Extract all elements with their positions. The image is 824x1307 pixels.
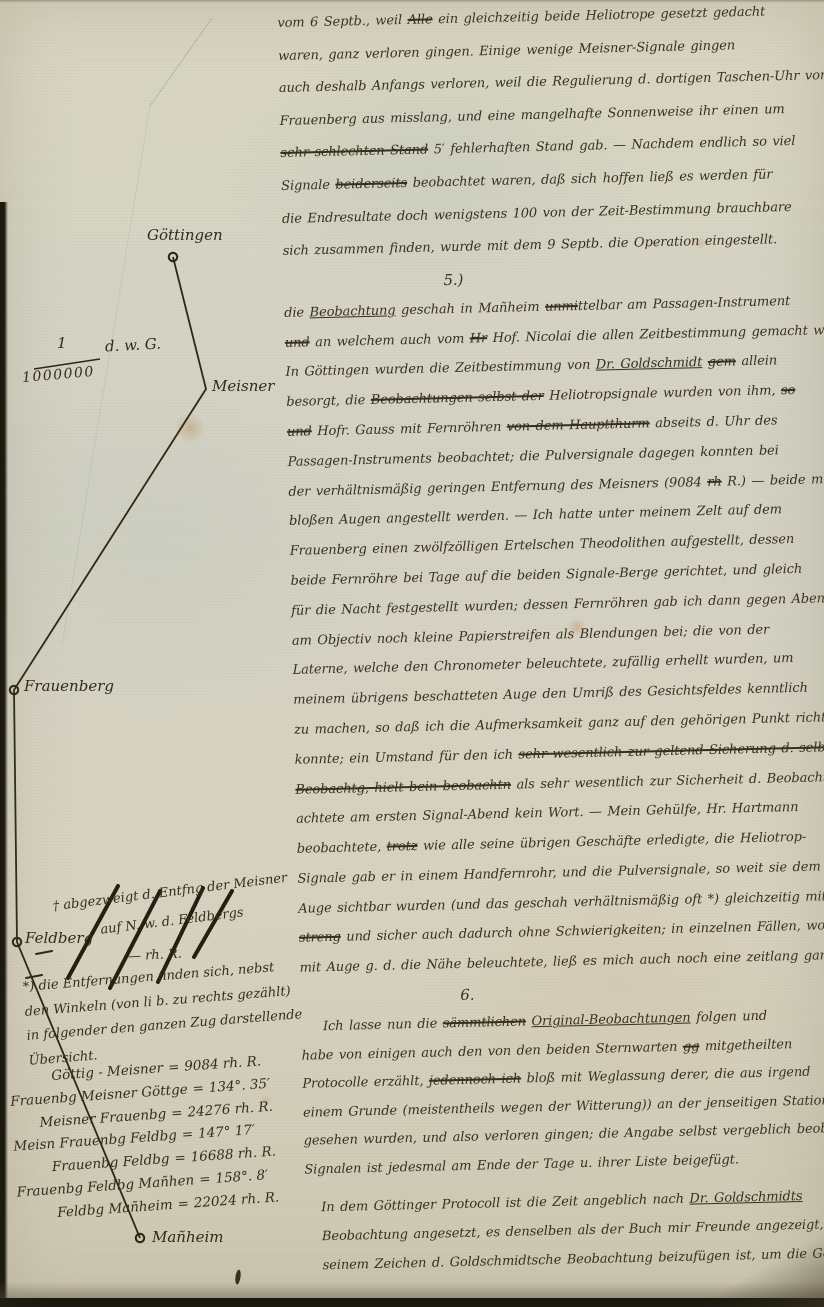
paper-scratch bbox=[150, 18, 212, 106]
equals-sign: = bbox=[177, 1193, 190, 1217]
text-segment: habe von einigen auch den von den beiden… bbox=[302, 1039, 684, 1063]
station-marker-goettingen bbox=[169, 253, 177, 261]
text-segment: konnte; ein Umstand für den ich bbox=[295, 747, 519, 767]
survey-measurements-table: Göttig - Meisner=9084 rh. R.Frauenbg Mei… bbox=[8, 1050, 282, 1228]
manuscript-text-column: vom 6 Septb., weil Alle ein gleichzeitig… bbox=[277, 0, 824, 1281]
text-segment: Laterne, welche den Chronometer beleucht… bbox=[292, 651, 793, 678]
text-segment: Frauenberg einen zwölfzölligen Ertelsche… bbox=[290, 532, 795, 559]
paragraph: die Beobachtung geschah in Mañheim unmit… bbox=[284, 286, 824, 984]
text-segment: abseits d. Uhr des bbox=[649, 413, 777, 431]
text-segment: am Objectiv noch kleine Papierstreifen a… bbox=[292, 622, 770, 648]
text-segment: Auge sichtbar wurden (und das geschah ve… bbox=[298, 889, 824, 916]
scan-edge-left bbox=[0, 202, 8, 1307]
text-segment: mitgetheilten bbox=[699, 1037, 792, 1054]
struck-text: sehr schlechten Stand bbox=[280, 143, 428, 161]
text-segment: beide Fernröhre bei Tage auf die beiden … bbox=[290, 562, 802, 589]
struck-text: gem bbox=[708, 355, 736, 371]
text-segment: der verhältnismäßig geringen Entfernung … bbox=[288, 475, 707, 500]
text-segment: auch deshalb Anfangs verloren, weil die … bbox=[279, 68, 824, 96]
text-segment: beobachtet waren, daß sich hoffen ließ e… bbox=[407, 167, 773, 191]
scan-edge-top bbox=[0, 0, 824, 3]
text-segment: meinem übrigens beschatteten Auge den Um… bbox=[293, 681, 808, 708]
text-segment: Heliotropsignale wurden von ihm, bbox=[544, 383, 782, 404]
crossed-note-line: † abgezweigt d. Entfng der Meisner bbox=[52, 871, 288, 915]
text-segment: bloßen Augen angestellt werden. — Ich ha… bbox=[289, 503, 782, 530]
text-segment: beobachtete, bbox=[297, 840, 387, 857]
station-marker-mannheim bbox=[136, 1234, 144, 1242]
underlined-text: Dr. Goldschmidt bbox=[596, 355, 703, 373]
crossed-note-line: auf N. w. d. Feldbergs bbox=[100, 905, 245, 937]
struck-text: trotz bbox=[387, 839, 418, 855]
station-marker-frauenberg bbox=[10, 686, 18, 694]
text-segment: Hofr. Gauss mit Fernröhren bbox=[312, 420, 507, 440]
struck-text: Alle bbox=[407, 12, 432, 28]
underlined-text: Dr. Goldschmidts bbox=[689, 1189, 802, 1207]
struck-text: sehr wesentlich zur geltend Sicherung d.… bbox=[518, 740, 824, 763]
text-segment: bloß mit Weglassung derer, die aus irgen… bbox=[521, 1065, 811, 1087]
text-segment: Signale gab er in einem Handfernrohr, un… bbox=[297, 858, 824, 886]
text-segment: vom 6 Septb., weil bbox=[277, 13, 408, 31]
text-segment: die bbox=[284, 305, 310, 321]
station-label-feldberg: Feldberg bbox=[25, 929, 93, 947]
struck-text: Beobachtg, hielt bein beobachtn bbox=[295, 777, 511, 797]
text-segment: ttelbar am Passagen-Instrument bbox=[578, 294, 791, 314]
struck-text: streng bbox=[299, 930, 341, 946]
station-label-goettingen: Göttingen bbox=[147, 226, 223, 244]
crossed-note-line: — rh. R. bbox=[128, 947, 183, 965]
manuscript-page: 1 1000000 d. w. G. GöttingenMeisnerFraue… bbox=[0, 0, 824, 1307]
text-segment: Signale bbox=[281, 178, 336, 194]
equals-sign: = bbox=[181, 1124, 194, 1148]
text-segment: folgen und bbox=[690, 1009, 767, 1026]
station-marker-feldberg bbox=[13, 938, 21, 946]
equals-sign: = bbox=[192, 1077, 205, 1101]
struck-text: beiderseits bbox=[335, 176, 407, 193]
text-segment: als sehr wesentlich zur Sicherheit d. Be… bbox=[511, 769, 824, 792]
paragraph: vom 6 Septb., weil Alle ein gleichzeitig… bbox=[277, 0, 824, 269]
text-segment: achtete am ersten Signal-Abend kein Wort… bbox=[296, 800, 799, 827]
text-segment: sich zusammen finden, wurde mit dem 9 Se… bbox=[283, 232, 778, 259]
measurement-value: 22024 rh. R. bbox=[193, 1186, 282, 1215]
equals-sign: = bbox=[167, 1056, 180, 1080]
struck-text: so bbox=[781, 383, 796, 398]
dash-mark bbox=[36, 951, 52, 954]
scale-numerator: 1 bbox=[57, 334, 67, 352]
station-label-mannheim: Mañheim bbox=[152, 1228, 224, 1246]
text-segment: In dem Göttinger Protocoll ist die Zeit … bbox=[321, 1192, 690, 1216]
station-label-meisner: Meisner bbox=[212, 377, 274, 395]
struck-text: unmi bbox=[545, 299, 578, 315]
equals-sign: = bbox=[174, 1147, 187, 1171]
struck-text: gg bbox=[683, 1039, 700, 1054]
underlined-text: Original-Beobachtungen bbox=[531, 1011, 690, 1030]
text-segment: geschah in Mañheim bbox=[395, 300, 545, 319]
equals-sign: = bbox=[198, 1168, 211, 1192]
text-segment: Hof. Nicolai die allen Zeitbestimmung ge… bbox=[487, 322, 824, 346]
text-segment: allein bbox=[736, 354, 778, 370]
underlined-text: Beobachtung bbox=[309, 303, 395, 320]
text-segment: besorgt, die bbox=[286, 393, 371, 410]
struck-text: jedennoch ich bbox=[429, 1072, 521, 1089]
struck-text: Beobachtungen selbst der bbox=[371, 389, 544, 408]
struck-text: Hr bbox=[470, 331, 488, 346]
scale-denominator: 1000000 bbox=[21, 364, 95, 386]
struck-text: von dem Hauptthurm bbox=[507, 416, 650, 434]
struck-text: rh bbox=[707, 474, 722, 489]
text-segment: Ich lasse nun die bbox=[323, 1016, 443, 1034]
text-segment: Protocolle erzählt, bbox=[302, 1074, 429, 1092]
text-segment: Passagen-Instruments beobachtet; die Pul… bbox=[288, 443, 779, 470]
text-segment: zu machen, so daß ich die Aufmerksamkeit… bbox=[294, 710, 824, 738]
text-segment: die Endresultate doch wenigstens 100 von… bbox=[282, 199, 792, 226]
text-segment: Signalen ist jedesmal am Ende der Tage u… bbox=[304, 1152, 739, 1177]
scale-unit-label: d. w. G. bbox=[105, 335, 162, 356]
text-segment: für die Nacht festgestellt wurden; desse… bbox=[291, 591, 824, 619]
text-segment: waren, ganz verloren gingen. Einige weni… bbox=[278, 38, 735, 64]
paragraph: Ich lasse nun die sämmtlichen Original-B… bbox=[301, 1001, 824, 1185]
text-segment: 5′ fehlerhaften Stand gab. — Nachdem end… bbox=[428, 134, 795, 158]
struck-text: und bbox=[285, 335, 310, 351]
struck-text: und bbox=[287, 424, 312, 440]
equals-sign: = bbox=[170, 1102, 183, 1126]
station-label-frauenberg: Frauenberg bbox=[24, 677, 114, 695]
text-segment: ein gleichzeitig beide Heliotrope gesetz… bbox=[432, 5, 765, 28]
text-segment: an welchem auch vom bbox=[309, 331, 469, 350]
text-segment: Frauenberg aus misslang, und eine mangel… bbox=[279, 102, 784, 129]
text-segment: In Göttingen wurden die Zeitbestimmung v… bbox=[285, 358, 596, 380]
text-segment: R.) — beide mit bbox=[721, 472, 824, 490]
text-segment: und sicher auch dadurch ohne Schwierigke… bbox=[341, 918, 824, 945]
text-segment: wie alle seine übrigen Geschäfte erledig… bbox=[417, 830, 806, 854]
page-corner-shadow bbox=[664, 1232, 824, 1307]
text-segment: mit Auge g. d. die Nähe beleuchtete, lie… bbox=[299, 948, 824, 976]
struck-text: sämmtlichen bbox=[443, 1014, 527, 1031]
